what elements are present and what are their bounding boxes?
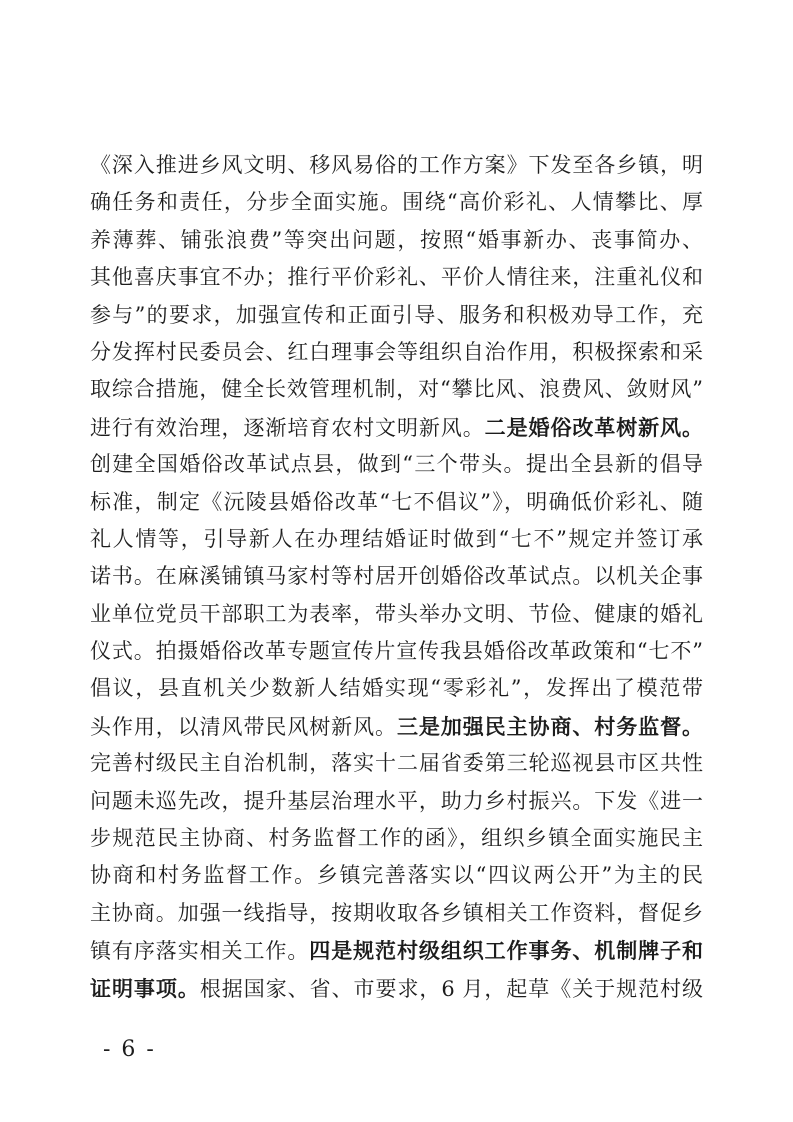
text-run: 分发挥村民委员会、红白理事会等组织自治作用，积极探索和采 bbox=[90, 340, 703, 364]
page-number: - 6 - bbox=[103, 1036, 156, 1064]
text-line: 标准，制定《沅陵县婚俗改革“七不倡议”》，明确低价彩礼、随 bbox=[90, 484, 703, 521]
text-run: 协商和村务监督工作。乡镇完善落实以“四议两公开”为主的民 bbox=[90, 863, 703, 887]
text-run: 完善村级民主自治机制，落实十二届省委第三轮巡视县市区共性 bbox=[90, 751, 703, 775]
text-run: 头作用，以清风带民风树新风。 bbox=[90, 715, 397, 739]
text-line: 主协商。加强一线指导，按期收取各乡镇相关工作资料，督促乡 bbox=[90, 895, 703, 932]
text-run: 其他喜庆事宜不办；推行平价彩礼、平价人情往来，注重礼仪和 bbox=[90, 265, 703, 289]
paragraph-continuation: 《深入推进乡风文明、移风易俗的工作方案》下发至各乡镇，明确任务和责任，分步全面实… bbox=[90, 147, 703, 1007]
text-line: 参与”的要求，加强宣传和正面引导、服务和积极劝导工作，充 bbox=[90, 297, 703, 334]
text-run: 确任务和责任，分步全面实施。围绕“高价彩礼、人情攀比、厚 bbox=[90, 190, 703, 214]
text-run: 镇有序落实相关工作。 bbox=[90, 939, 309, 963]
text-line: 取综合措施，健全长效管理机制，对“攀比风、浪费风、敛财风” bbox=[90, 371, 703, 408]
text-line: 头作用，以清风带民风树新风。三是加强民主协商、村务监督。 bbox=[90, 708, 703, 745]
text-line: 仪式。拍摄婚俗改革专题宣传片宣传我县婚俗改革政策和“七不” bbox=[90, 633, 703, 670]
text-line: 证明事项。根据国家、省、市要求，6 月，起草《关于规范村级 bbox=[90, 970, 703, 1007]
bold-text-run: 证明事项。 bbox=[90, 976, 200, 1001]
text-line: 礼人情等，引导新人在办理结婚证时做到“七不”规定并签订承 bbox=[90, 521, 703, 558]
text-run: 问题未巡先改，提升基层治理水平，助力乡村振兴。下发《进一 bbox=[90, 789, 703, 813]
text-run: 主协商。加强一线指导，按期收取各乡镇相关工作资料，督促乡 bbox=[90, 901, 703, 925]
text-run: 创建全国婚俗改革试点县，做到“三个带头。提出全县新的倡导 bbox=[90, 452, 703, 476]
text-line: 诺书。在麻溪铺镇马家村等村居开创婚俗改革试点。以机关企事 bbox=[90, 558, 703, 595]
text-line: 步规范民主协商、村务监督工作的函》，组织乡镇全面实施民主 bbox=[90, 820, 703, 857]
text-line: 倡议，县直机关少数新人结婚实现“零彩礼”，发挥出了模范带 bbox=[90, 670, 703, 707]
text-line: 问题未巡先改，提升基层治理水平，助力乡村振兴。下发《进一 bbox=[90, 783, 703, 820]
text-line: 协商和村务监督工作。乡镇完善落实以“四议两公开”为主的民 bbox=[90, 857, 703, 894]
text-run: 取综合措施，健全长效管理机制，对“攀比风、浪费风、敛财风” bbox=[90, 377, 703, 401]
text-run: 诺书。在麻溪铺镇马家村等村居开创婚俗改革试点。以机关企事 bbox=[90, 564, 703, 588]
text-run: 养薄葬、铺张浪费”等突出问题，按照“婚事新办、丧事简办、 bbox=[90, 228, 703, 252]
text-run: 仪式。拍摄婚俗改革专题宣传片宣传我县婚俗改革政策和“七不” bbox=[90, 639, 703, 663]
text-line: 镇有序落实相关工作。四是规范村级组织工作事务、机制牌子和 bbox=[90, 932, 703, 969]
text-line: 《深入推进乡风文明、移风易俗的工作方案》下发至各乡镇，明 bbox=[90, 147, 703, 184]
text-line: 分发挥村民委员会、红白理事会等组织自治作用，积极探索和采 bbox=[90, 334, 703, 371]
document-page: 《深入推进乡风文明、移风易俗的工作方案》下发至各乡镇，明确任务和责任，分步全面实… bbox=[0, 0, 793, 1122]
bold-text-run: 三是加强民主协商、村务监督。 bbox=[397, 714, 703, 739]
text-line: 完善村级民主自治机制，落实十二届省委第三轮巡视县市区共性 bbox=[90, 745, 703, 782]
text-run: 倡议，县直机关少数新人结婚实现“零彩礼”，发挥出了模范带 bbox=[90, 676, 703, 700]
text-line: 其他喜庆事宜不办；推行平价彩礼、平价人情往来，注重礼仪和 bbox=[90, 259, 703, 296]
text-run: 《深入推进乡风文明、移风易俗的工作方案》下发至各乡镇，明 bbox=[90, 153, 703, 177]
text-run: 礼人情等，引导新人在办理结婚证时做到“七不”规定并签订承 bbox=[90, 527, 703, 551]
text-run: 根据国家、省、市要求，6 月，起草《关于规范村级 bbox=[200, 977, 703, 1001]
bold-text-run: 四是规范村级组织工作事务、机制牌子和 bbox=[309, 938, 703, 963]
text-line: 确任务和责任，分步全面实施。围绕“高价彩礼、人情攀比、厚 bbox=[90, 184, 703, 221]
bold-text-run: 二是婚俗改革树新风。 bbox=[485, 415, 703, 440]
text-run: 进行有效治理，逐渐培育农村文明新风。 bbox=[90, 416, 485, 440]
text-line: 养薄葬、铺张浪费”等突出问题，按照“婚事新办、丧事简办、 bbox=[90, 222, 703, 259]
text-run: 业单位党员干部职工为表率，带头举办文明、节俭、健康的婚礼 bbox=[90, 602, 703, 626]
text-line: 业单位党员干部职工为表率，带头举办文明、节俭、健康的婚礼 bbox=[90, 596, 703, 633]
text-run: 标准，制定《沅陵县婚俗改革“七不倡议”》，明确低价彩礼、随 bbox=[90, 490, 703, 514]
text-run: 参与”的要求，加强宣传和正面引导、服务和积极劝导工作，充 bbox=[90, 303, 703, 327]
text-run: 步规范民主协商、村务监督工作的函》，组织乡镇全面实施民主 bbox=[90, 826, 703, 850]
text-line: 进行有效治理，逐渐培育农村文明新风。二是婚俗改革树新风。 bbox=[90, 409, 703, 446]
text-line: 创建全国婚俗改革试点县，做到“三个带头。提出全县新的倡导 bbox=[90, 446, 703, 483]
